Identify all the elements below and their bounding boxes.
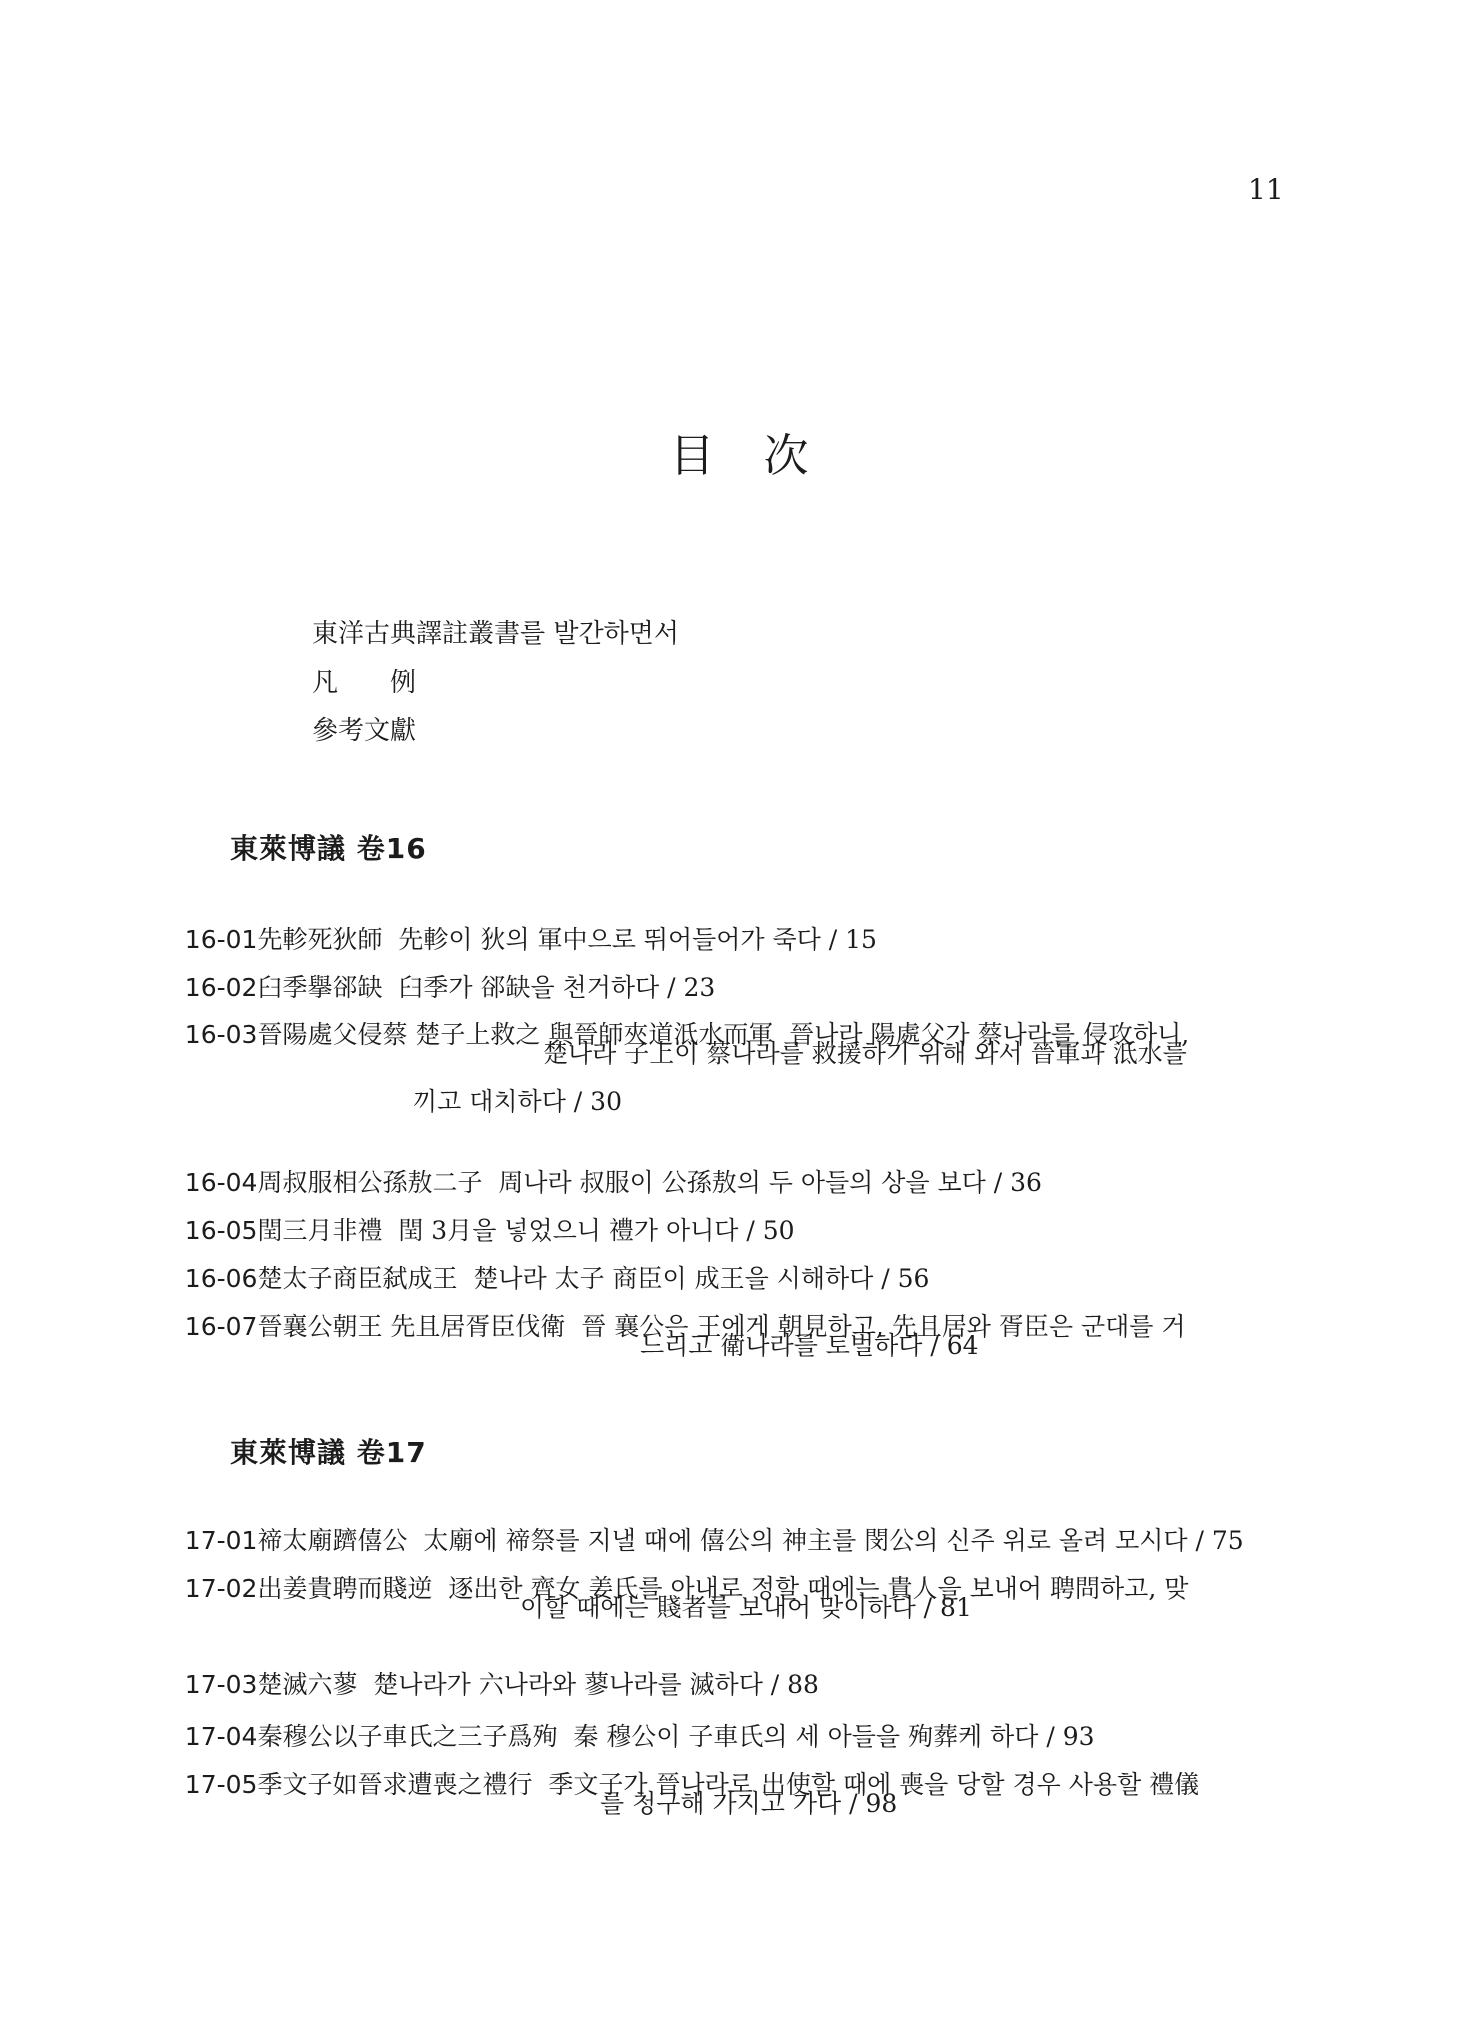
front-matter-item-foreword: 東洋古典譯註叢書를 발간하면서	[312, 620, 679, 650]
page-number: 11	[1248, 174, 1284, 206]
front-matter-item-references: 參考文獻	[312, 717, 416, 747]
section-heading-vol17: 東萊博議 卷17	[230, 1437, 427, 1469]
toc-entry-16-03-continuation-2: 끼고 대치하다 / 30	[413, 1088, 622, 1117]
toc-entry-17-05-continuation-1: 를 청구해 가지고 가다 / 98	[600, 1790, 897, 1819]
section-heading-vol16: 東萊博議 卷16	[230, 833, 427, 865]
toc-page: 11 目 次 東洋古典譯註叢書를 발간하면서 凡 例 參考文獻 東萊博議 卷16…	[0, 0, 1480, 2024]
toc-entry-16-03-continuation-1: 楚나라 子上이 蔡나라를 救援하기 위해 와서 晉軍과 泜水를	[543, 1040, 1187, 1069]
toc-entry-16-07-continuation-1: 느리고 衛나라를 토벌하다 / 64	[640, 1332, 979, 1361]
page-title: 目 次	[0, 430, 1480, 482]
front-matter-item-conventions: 凡 例	[312, 669, 416, 699]
entry-number: 16-03	[185, 1021, 258, 1050]
entry-number: 17-05	[185, 1771, 258, 1800]
entry-number: 17-02	[185, 1575, 258, 1604]
toc-entry-17-02-continuation-1: 이할 때에는 賤者를 보내어 맞이하다 / 81	[520, 1594, 972, 1623]
entry-number: 16-07	[185, 1313, 258, 1342]
